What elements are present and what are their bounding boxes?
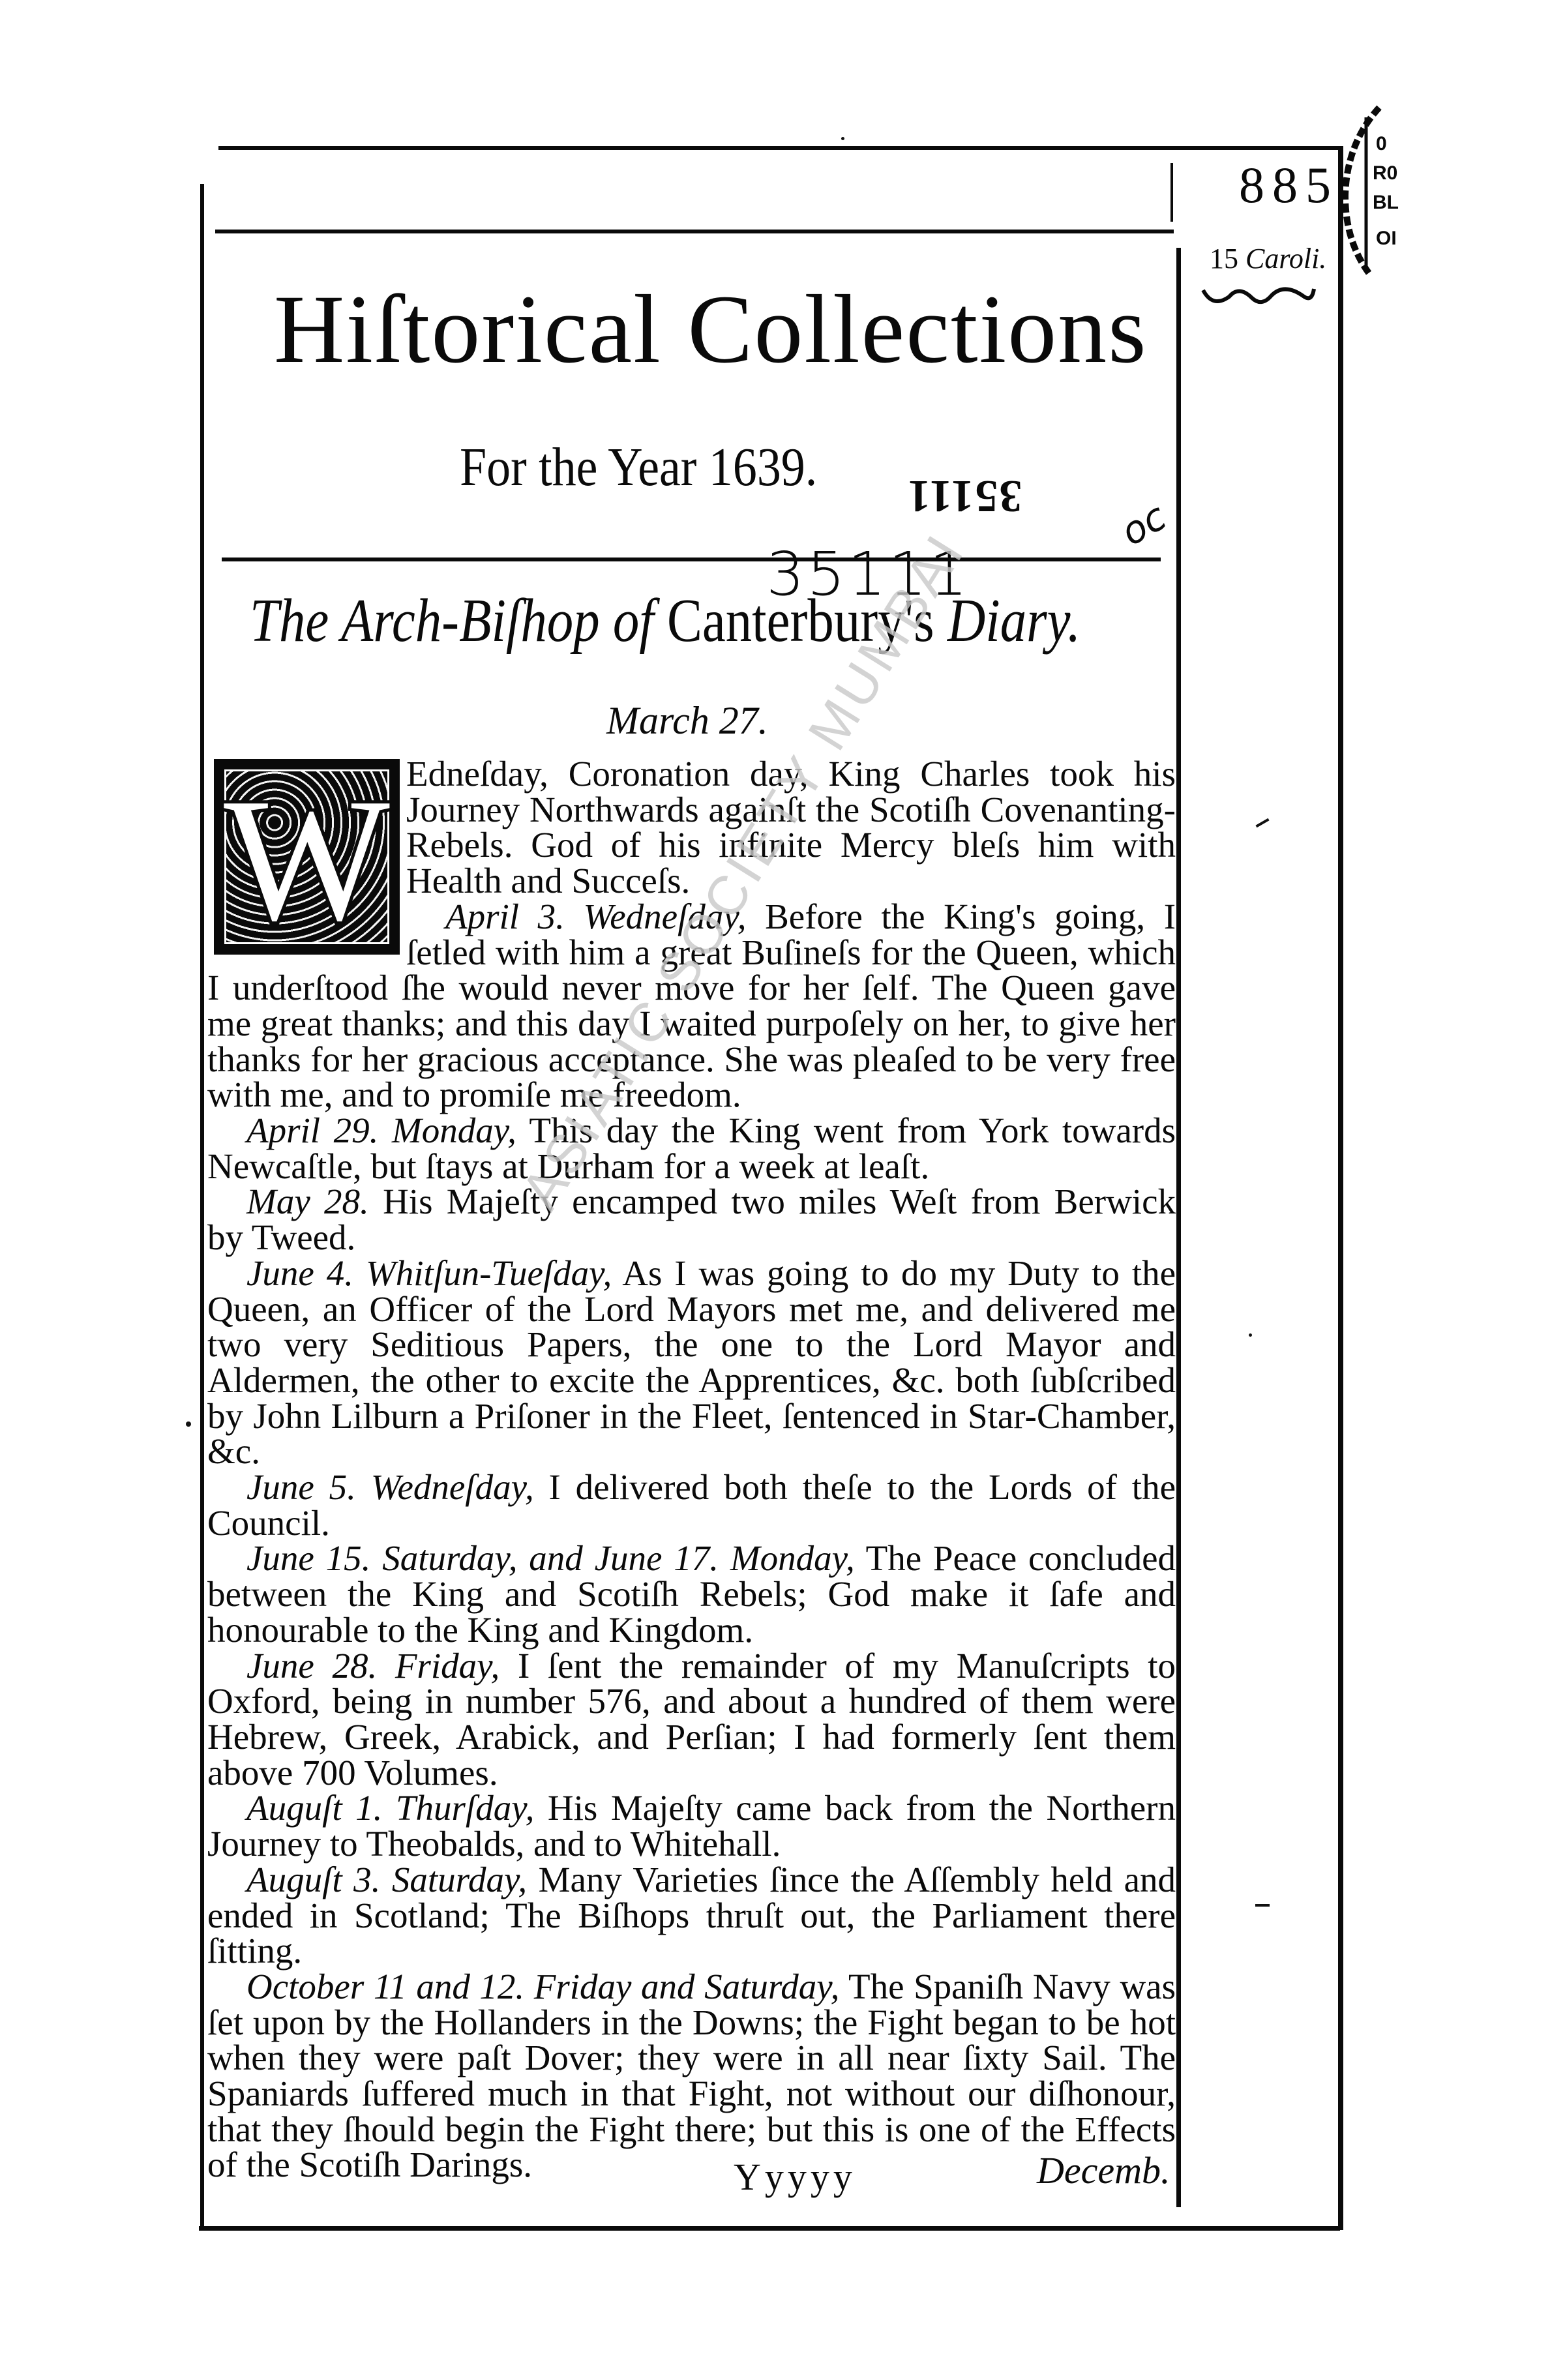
margin-mark <box>1255 818 1269 827</box>
page-subtitle: For the Year 1639. <box>460 440 817 495</box>
inverted-shelfmark: 35111 <box>906 473 1022 518</box>
entry-date: June 4. Whitſun-Tueſday, <box>246 1253 612 1293</box>
svg-text:R0: R0 <box>1373 162 1397 184</box>
diary-entry: June 4. Whitſun-Tueſday, As I was going … <box>207 1256 1176 1470</box>
diary-entry: June 28. Friday, I ſent the remainder of… <box>207 1648 1176 1791</box>
heading-part: The Arch-Biſhop <box>250 587 600 655</box>
diary-entry: October 11 and 12. Friday and Saturday, … <box>207 1969 1176 2183</box>
scan-speck <box>1249 1333 1252 1337</box>
decorated-initial: W <box>214 759 400 955</box>
entry-date: Auguſt 1. Thurſday, <box>246 1788 534 1828</box>
diary-entry: June 15. Saturday, and June 17. Monday, … <box>207 1541 1176 1648</box>
handwritten-mark: oc <box>1114 494 1174 555</box>
left-frame-line <box>200 184 204 2229</box>
sovereign-name: Caroli. <box>1245 243 1326 275</box>
heading-part: Diary. <box>947 587 1081 655</box>
diary-entry: Auguſt 1. Thurſday, His Majeſty came bac… <box>207 1791 1176 1862</box>
title-rule <box>222 558 1161 561</box>
scan-speck <box>186 1421 191 1427</box>
library-stamp-icon: 0 R0 BL OI <box>1340 104 1412 280</box>
flourish-ornament-icon <box>1200 277 1317 310</box>
diary-entry: May 28. His Majeſty encamped two miles W… <box>207 1184 1176 1255</box>
diary-entry: June 5. Wedneſday, I delivered both theſ… <box>207 1470 1176 1541</box>
page-title: Hiſtorical Collections <box>274 280 1148 378</box>
entry-date: May 28. <box>246 1182 369 1221</box>
page-number: 885 <box>1239 160 1339 211</box>
text-column-right-line <box>1176 248 1181 2207</box>
section-heading: The Arch-Biſhop of Canterbury's Diary. <box>250 590 1081 651</box>
scan-speck <box>841 137 844 140</box>
svg-text:OI: OI <box>1376 228 1397 249</box>
marginal-regnal-note: 15 Caroli. <box>1210 245 1326 273</box>
catchword: Decemb. <box>1037 2152 1170 2190</box>
date-heading: March 27. <box>606 701 768 740</box>
entry-date: June 28. Friday, <box>246 1646 499 1686</box>
entry-date: April 29. Monday, <box>246 1110 516 1150</box>
svg-text:BL: BL <box>1373 192 1399 213</box>
signature-mark: Yyyyy <box>734 2158 856 2196</box>
drop-cap-letter: W <box>214 772 400 948</box>
bottom-rule <box>199 2226 1340 2231</box>
diary-entry: April 29. Monday, This day the King went… <box>207 1113 1176 1184</box>
margin-column-right-line <box>1338 146 1343 2230</box>
top-rule <box>218 146 1340 150</box>
entry-date: Auguſt 3. Saturday, <box>246 1860 527 1899</box>
entry-date: June 15. Saturday, and June 17. Monday, <box>246 1538 855 1578</box>
margin-mark <box>1255 1904 1270 1907</box>
page-number-divider <box>1170 163 1173 222</box>
regnal-year: 15 <box>1210 243 1238 275</box>
heading-part: of <box>613 587 654 655</box>
entry-date: June 5. Wedneſday, <box>246 1467 534 1507</box>
diary-entry: Auguſt 3. Saturday, Many Varieties ſince… <box>207 1862 1176 1969</box>
entry-date: October 11 and 12. Friday and Saturday, <box>246 1967 839 2006</box>
header-bottom-rule <box>215 230 1174 233</box>
svg-text:0: 0 <box>1376 133 1387 155</box>
